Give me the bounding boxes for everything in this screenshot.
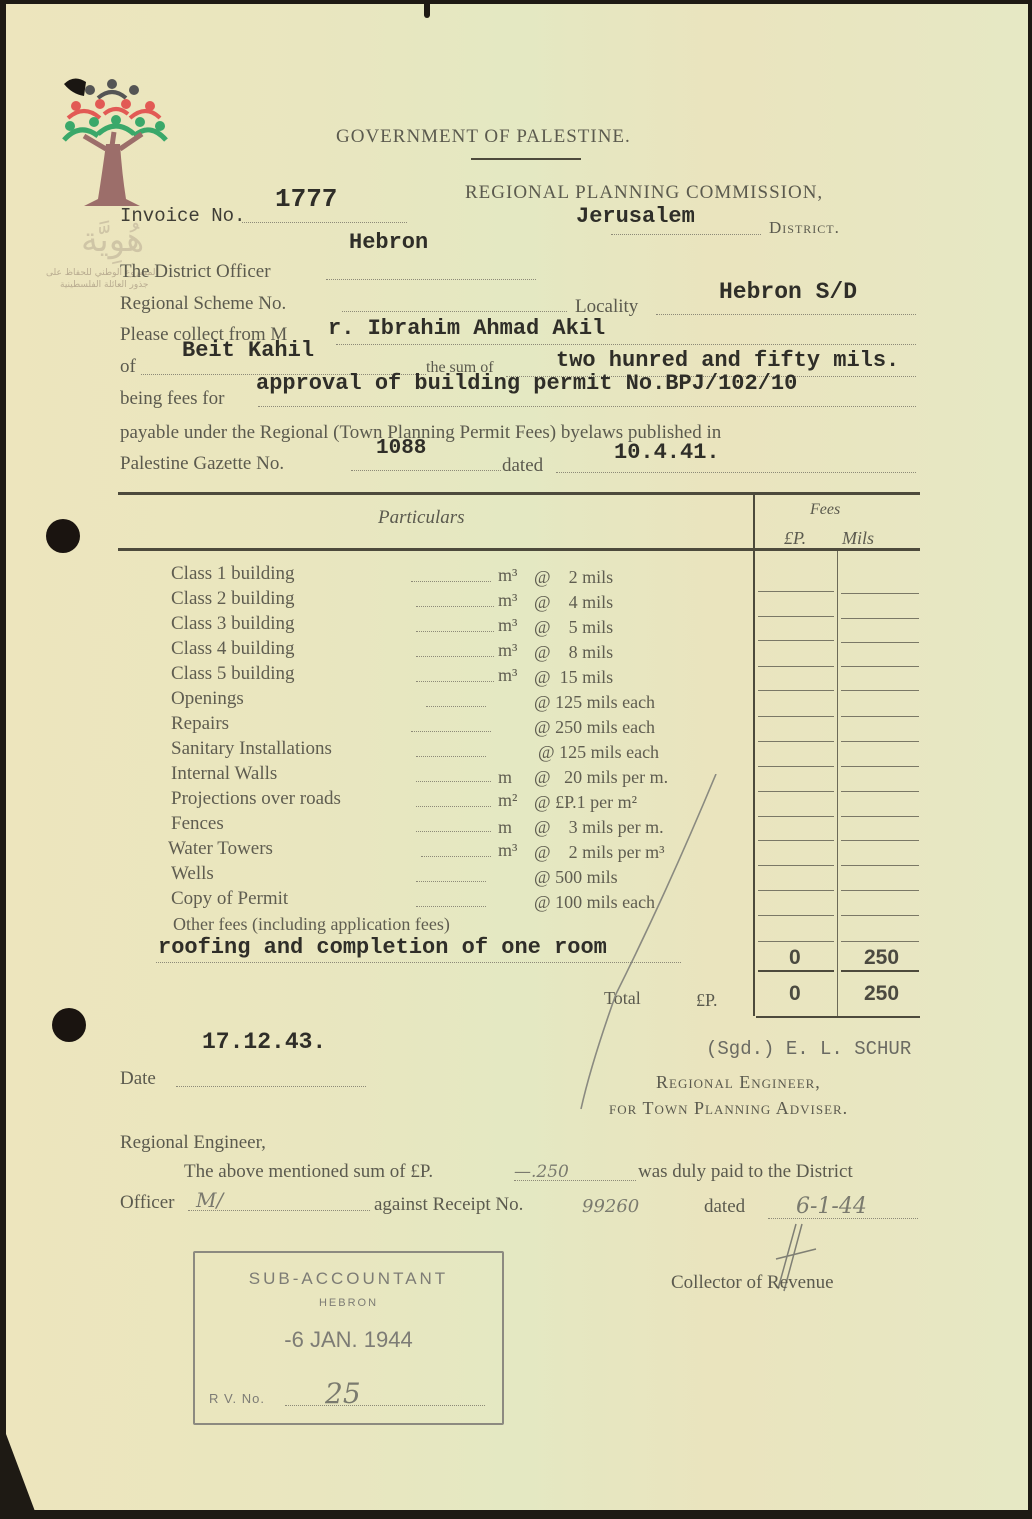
punch-hole-bottom [52,1008,86,1042]
collect-dots [336,344,916,345]
stamp-rv-dots [285,1405,485,1406]
table-bottom-rule [756,1016,920,1018]
other-fees-lp: 0 [789,946,801,970]
dated-dots [556,472,916,473]
receipt-number: 99260 [582,1196,639,1217]
header-mils: Mils [842,528,874,549]
locality-dots [656,314,916,315]
locality-label: Locality [575,296,638,318]
header-particulars: Particulars [378,507,465,529]
receipt-dated-value: 6-1-44 [796,1194,867,1219]
stamp-line2: HEBRON [195,1297,502,1309]
table-header-rule [118,548,920,551]
locality-value: Hebron S/D [719,279,857,305]
other-fees-value: roofing and completion of one room [158,935,607,960]
date-label: Date [120,1068,156,1090]
stamp-rv-label: R V. No. [209,1391,265,1406]
punch-hole-top [46,519,80,553]
commission-title: REGIONAL PLANNING COMMISSION, [465,182,823,204]
total-lp: 0 [789,982,801,1006]
lp-mils-divider [837,551,838,1016]
table-top-rule [118,492,920,495]
stamp-line1: SUB-ACCOUNTANT [195,1269,502,1289]
receipt-dated-label: dated [704,1196,745,1218]
fees-column-divider [753,494,755,1016]
of-value: Beit Kahil [182,338,314,363]
paid-amount-dots [514,1180,636,1181]
page-notch [424,4,430,18]
scheme-dots [342,311,567,312]
gazette-value: 1088 [376,437,426,460]
addressee: Regional Engineer, [120,1132,266,1154]
invoice-document: هُوِيَّة المشروع الوطني للحفاظ على جذور … [6,4,1028,1510]
officer-footer-dots [188,1210,370,1211]
torn-corner [6,1434,36,1514]
officer-value: Hebron [349,230,428,255]
invoice-dots [242,222,407,223]
pen-stroke-line [566,774,746,1114]
paid-text-1: The above mentioned sum of £P. [184,1161,433,1183]
other-fees-label: Other fees (including application fees) [173,914,450,935]
fees-for-dots [258,406,916,407]
district-label: District. [769,218,840,238]
officer-initials: M/ [196,1188,223,1212]
of-label: of [120,356,136,378]
officer-label: The District Officer [120,261,271,283]
sum-value: two hunred and fifty mils. [556,348,899,373]
district-dots [611,234,761,235]
invoice-number: 1777 [275,184,337,214]
date-dots [176,1086,366,1087]
invoice-label: Invoice No. [120,205,245,227]
date-value: 17.12.43. [202,1029,326,1055]
fees-for-value: approval of building permit No.BPJ/102/1… [256,371,797,396]
dated-label: dated [502,455,543,477]
gazette-label: Palestine Gazette No. [120,453,284,475]
stamp-date: -6 JAN. 1944 [195,1327,502,1353]
tree-people-logo-icon [54,74,174,224]
title-underline [471,158,581,160]
sub-accountant-stamp: SUB-ACCOUNTANT HEBRON -6 JAN. 1944 R V. … [193,1251,504,1425]
dated-value: 10.4.41. [614,440,720,465]
collect-value: r. Ibrahim Ahmad Akil [328,316,605,341]
total-mils: 250 [864,982,899,1006]
collector-label: Collector of Revenue [671,1272,834,1294]
engineer-for: for Town Planning Adviser. [609,1098,848,1119]
gazette-dots [351,470,501,471]
district-value: Jerusalem [576,204,695,229]
receipt-label: against Receipt No. [374,1194,523,1216]
scheme-label: Regional Scheme No. [120,293,286,315]
paid-amount: —.250 [514,1162,569,1182]
officer-dots [326,279,536,280]
header-lp: £P. [784,528,806,549]
header-fees: Fees [810,501,840,519]
government-title: GOVERNMENT OF PALESTINE. [336,126,631,148]
engineer-title: Regional Engineer, [656,1072,821,1093]
paid-text-2: was duly paid to the District [638,1161,853,1183]
officer-label-footer: Officer [120,1192,175,1214]
fees-for-label: being fees for [120,388,224,410]
other-fees-mils: 250 [864,946,899,970]
signature-stamp: (Sgd.) E. L. SCHUR [706,1038,911,1060]
